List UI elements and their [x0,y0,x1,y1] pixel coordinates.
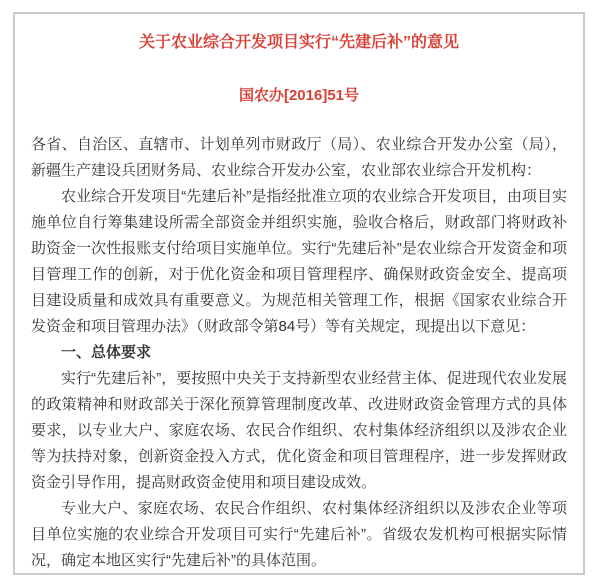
paragraph: 实行“先建后补”，要按照中央关于支持新型农业经营主体、促进现代农业发展的政策精神… [31,366,567,496]
page: 关于农业综合开发项目实行“先建后补”的意见 国农办[2016]51号 各省、自治… [0,0,598,588]
section-heading: 一、总体要求 [31,340,567,366]
paragraph: 专业大户、家庭农场、农民合作组织、农村集体经济组织以及涉农企业等项目单位实施的农… [31,496,567,574]
paragraph: 农业综合开发项目“先建后补”是指经批准立项的农业综合开发项目，由项目实施单位自行… [31,184,567,340]
paragraph: 各省、自治区、直辖市、计划单列市财政厅（局）、农业综合开发办公室（局），新疆生产… [31,132,567,184]
document-frame: 关于农业综合开发项目实行“先建后补”的意见 国农办[2016]51号 各省、自治… [13,12,585,575]
document-number: 国农办[2016]51号 [31,86,567,106]
document-body: 各省、自治区、直辖市、计划单列市财政厅（局）、农业综合开发办公室（局），新疆生产… [31,132,567,574]
document-title: 关于农业综合开发项目实行“先建后补”的意见 [31,32,567,54]
